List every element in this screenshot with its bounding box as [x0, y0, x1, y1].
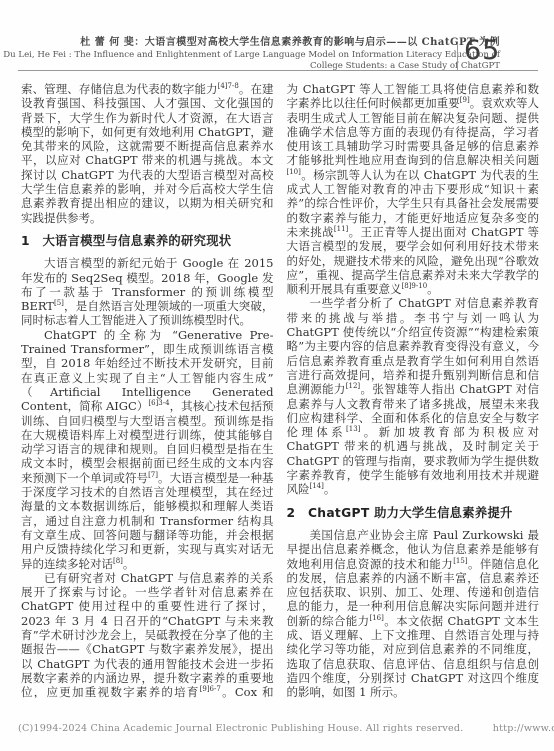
copyright-notice: (C)1994-2024 China Academic Journal Elec…: [18, 723, 463, 734]
page-header: 杜 蕾 何 斐：大语言模型对高校大学生信息素养教育的影响与启示——以 ChatG…: [0, 33, 500, 72]
paragraph-digital-ability: 索、管理、存储信息为代表的数字能力[4]7-8。在建设教育强国、科技强国、人才强…: [21, 82, 274, 225]
paragraph-literacy-research-continued: 为 ChatGPT 等人工智能工具将使信息素养和数字素养比以往任何时候都更加重要…: [287, 82, 540, 296]
running-title-english-line1: Du Lei, He Fei : The Influence and Enlig…: [0, 50, 500, 61]
paragraph-chatgpt-definition: ChatGPT 的全称为 “Generative Pre-Trained Tra…: [21, 328, 274, 571]
right-column: 为 ChatGPT 等人工智能工具将使信息素养和数字素养比以往任何时候都更加重要…: [287, 82, 540, 698]
page-footer: (C)1994-2024 China Academic Journal Elec…: [18, 723, 538, 734]
section-heading-2: 2 ChatGPT 助力大学生信息素养提升: [287, 506, 540, 520]
article-body: 索、管理、存储信息为代表的数字能力[4]7-8。在建设教育强国、科技强国、人才强…: [21, 82, 539, 698]
cnki-url: http://www.cnki.net: [493, 723, 554, 734]
paragraph-llm-history: 大语言模型的新纪元始于 Google 在 2015 年发布的 Seq2Seq 模…: [21, 256, 274, 327]
paragraph-challenges-measures: 一些学者分析了 ChatGPT 对信息素养教育带来的挑战与举措。李书宁与刘一鸣认…: [287, 296, 540, 496]
running-title-chinese: 杜 蕾 何 斐：大语言模型对高校大学生信息素养教育的影响与启示——以 ChatG…: [0, 33, 500, 48]
page-number: 65: [464, 36, 500, 66]
journal-scan-page: 杜 蕾 何 斐：大语言模型对高校大学生信息素养教育的影响与启示——以 ChatG…: [0, 0, 554, 751]
header-page-number-divider: [457, 44, 458, 71]
paragraph-information-literacy-dimensions: 美国信息产业协会主席 Paul Zurkowski 最早提出信息素养概念，他认为…: [287, 528, 540, 698]
paragraph-literacy-research: 已有研究者对 ChatGPT 与信息素养的关系展开了探索与讨论。一些学者针对信息…: [21, 571, 274, 698]
left-column: 索、管理、存储信息为代表的数字能力[4]7-8。在建设教育强国、科技强国、人才强…: [21, 82, 274, 698]
section-heading-1: 1 大语言模型与信息素养的研究现状: [21, 234, 274, 248]
header-rule: [18, 70, 538, 71]
